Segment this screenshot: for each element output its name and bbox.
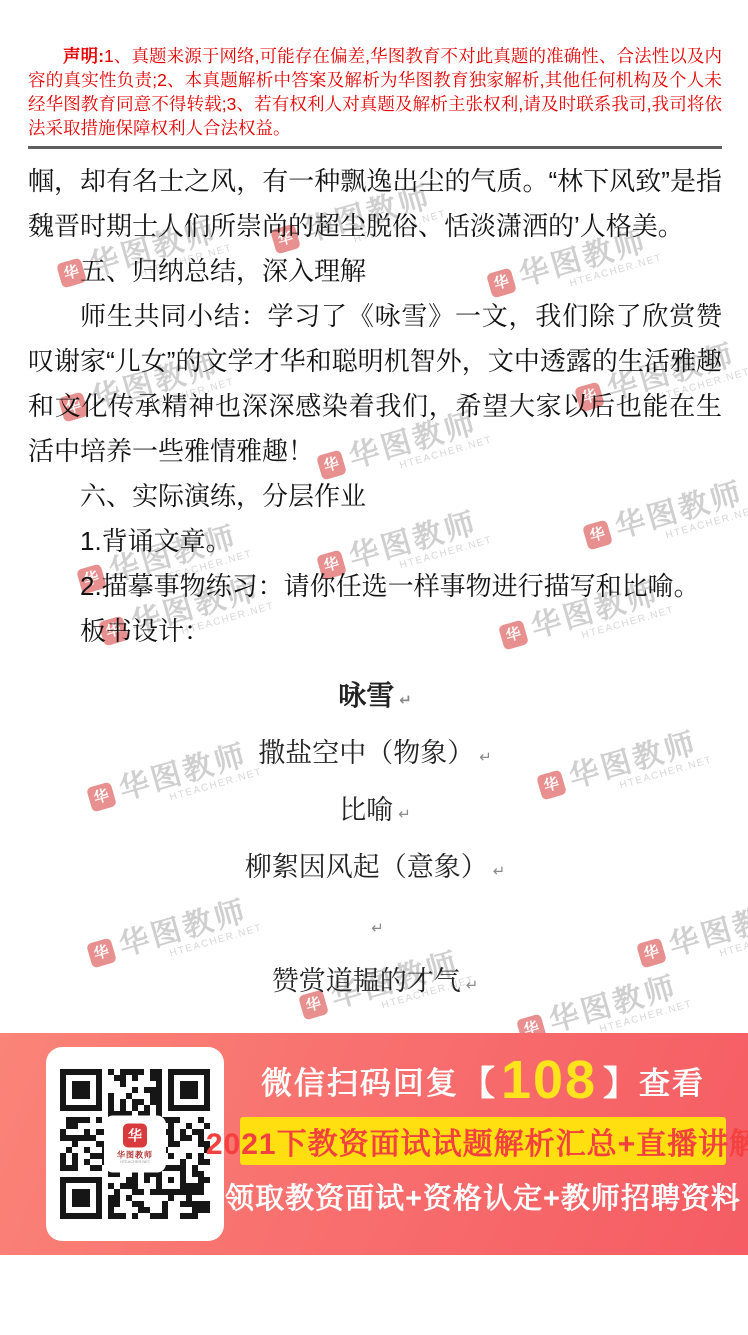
board-line: 赞赏道韫的才气↵	[28, 955, 722, 1012]
disclaimer-text: 1、真题来源于网络,可能存在偏差,华图教育不对此真题的准确性、合法性以及内容的真…	[28, 46, 722, 138]
board-line: 比喻↵	[28, 784, 722, 841]
return-mark-icon: ↵	[479, 749, 492, 766]
banner-highlight: 2021下教资面试试题解析汇总+直播讲解	[240, 1117, 726, 1165]
return-mark-icon: ↵	[371, 920, 384, 937]
qr-code: 华 华图教师 HTEACHER.NET	[46, 1047, 224, 1241]
divider-line	[28, 146, 722, 149]
board-line-text: 比喻	[339, 795, 393, 825]
qr-label-brand: 华图教师	[109, 1150, 161, 1161]
board-line-text: 柳絮因风起（意象）	[245, 852, 488, 882]
paragraph: 2.描摹事物练习：请你任选一样事物进行描写和比喻。	[28, 564, 722, 609]
banner-line3: 领取教资面试+资格认定+教师招聘资料	[225, 1176, 741, 1217]
board-line: ↵	[28, 898, 722, 955]
board-title: 咏雪	[338, 681, 394, 712]
disclaimer-label: 声明:	[63, 46, 104, 66]
reply-code: 108	[501, 1049, 597, 1111]
return-mark-icon: ↵	[398, 806, 411, 823]
disclaimer: 声明:1、真题来源于网络,可能存在偏差,华图教育不对此真题的准确性、合法性以及内…	[28, 44, 722, 140]
qr-center-label: 华 华图教师 HTEACHER.NET	[107, 1119, 163, 1170]
qr-label-url: HTEACHER.NET	[118, 1161, 152, 1165]
return-mark-icon: ↵	[493, 863, 506, 880]
board-design: 咏雪↵ 撒盐空中（物象）↵比喻↵柳絮因风起（意象）↵↵赞赏道韫的才气↵	[28, 670, 722, 1012]
paragraph: 帼，却有名士之风，有一种飘逸出尘的气质。“林下风致”是指魏晋时期士人们所崇尚的超…	[28, 159, 722, 249]
board-line-text: 撒盐空中（物象）	[258, 738, 474, 768]
banner-line1-suffix: 查看	[639, 1058, 705, 1103]
document-content: 声明:1、真题来源于网络,可能存在偏差,华图教育不对此真题的准确性、合法性以及内…	[28, 0, 722, 1012]
lesson-text: 帼，却有名士之风，有一种飘逸出尘的气质。“林下风致”是指魏晋时期士人们所崇尚的超…	[28, 159, 722, 654]
board-lines: 撒盐空中（物象）↵比喻↵柳絮因风起（意象）↵↵赞赏道韫的才气↵	[28, 727, 722, 1012]
banner-text-block: 微信扫码回复 【 108 】 查看 2021下教资面试试题解析汇总+直播讲解 领…	[240, 1049, 726, 1217]
document-page: 华华图教师HTEACHER.NET华华图教师HTEACHER.NET华华图教师H…	[0, 0, 748, 1335]
bracket-close: 】	[603, 1056, 637, 1105]
return-mark-icon: ↵	[399, 692, 412, 709]
banner-line1: 微信扫码回复 【 108 】 查看	[261, 1049, 705, 1111]
board-line: 柳絮因风起（意象）↵	[28, 841, 722, 898]
board-title-line: 咏雪↵	[28, 670, 722, 727]
board-line: 撒盐空中（物象）↵	[28, 727, 722, 784]
paragraph: 板书设计：	[28, 609, 722, 654]
watermark-url: HTEACHER.NET	[718, 922, 748, 959]
promo-banner: 华 华图教师 HTEACHER.NET 微信扫码回复 【 108 】 查看 20…	[0, 1033, 748, 1255]
huatu-logo-icon: 华	[123, 1124, 147, 1148]
return-mark-icon: ↵	[466, 977, 479, 994]
board-line-text: 赞赏道韫的才气	[272, 966, 461, 996]
paragraph: 五、归纳总结，深入理解	[28, 249, 722, 294]
paragraph: 1.背诵文章。	[28, 519, 722, 564]
bracket-open: 【	[461, 1056, 495, 1105]
banner-line1-prefix: 微信扫码回复	[261, 1058, 459, 1103]
paragraph: 师生共同小结：学习了《咏雪》一文，我们除了欣赏赞叹谢家“儿女”的文学才华和聪明机…	[28, 294, 722, 474]
paragraph: 六、实际演练，分层作业	[28, 474, 722, 519]
